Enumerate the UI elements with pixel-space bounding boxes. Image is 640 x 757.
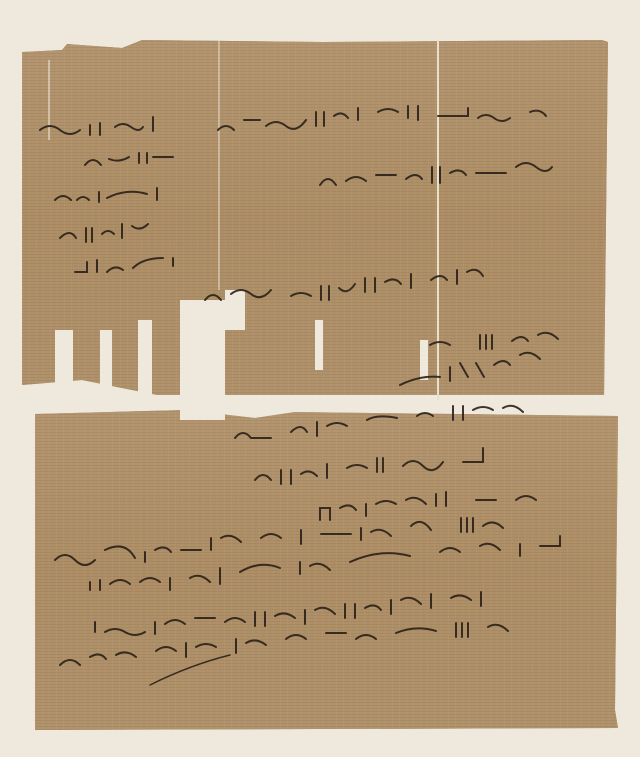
papyrus-photo — [0, 0, 640, 757]
hieratic-script — [0, 0, 640, 757]
